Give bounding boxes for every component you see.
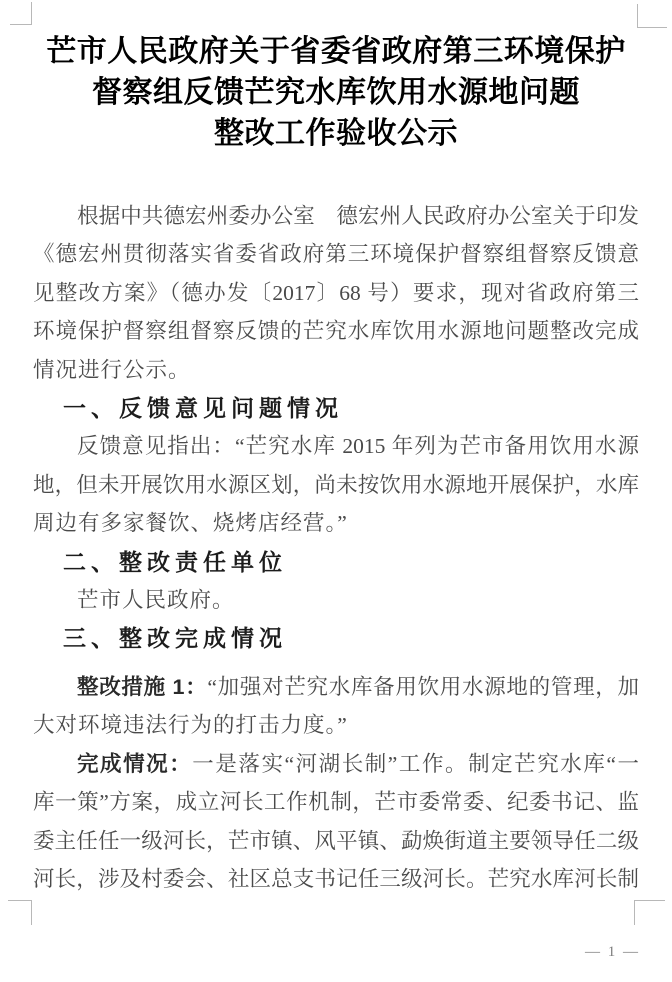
text-run: 反馈意见指出：“芒究水库 2015 年列为芒市备用饮用水源 — [77, 434, 639, 458]
text-line: 委主任任一级河长，芒市镇、风平镇、勐焕街道主要领导任二级 — [33, 822, 639, 860]
text-run: 地，但未开展饮用水源区划，尚未按饮用水源地开展保护，水库 — [33, 473, 639, 497]
title-line-2: 督察组反馈芒究水库饮用水源地问题 — [0, 72, 672, 113]
text-run: 根据中共德宏州委办公室 德宏州人民政府办公室关于印发 — [77, 204, 639, 228]
text-run: “加强对芒究水库备用饮用水源地的管理，加 — [207, 675, 639, 699]
document-page: 芒市人民政府关于省委省政府第三环境保护 督察组反馈芒究水库饮用水源地问题 整改工… — [0, 0, 672, 982]
text-run: 环境保护督察组督察反馈的芒究水库饮用水源地问题整改完成 — [33, 319, 639, 343]
text-run: 二、整改责任单位 — [63, 549, 287, 575]
text-run: 《德宏州贯彻落实省委省政府第三环境保护督察组督察反馈意 — [33, 242, 639, 266]
page-number: — 1 — — [585, 944, 640, 961]
title-line-3: 整改工作验收公示 — [0, 113, 672, 154]
text-line: 大对环境违法行为的打击力度。” — [33, 706, 639, 744]
text-run: 一、反馈意见问题情况 — [63, 395, 343, 421]
bold-lead-in: 完成情况： — [77, 752, 192, 776]
text-line: 完成情况：一是落实“河湖长制”工作。制定芒究水库“一 — [33, 745, 639, 783]
text-line: 库一策”方案，成立河长工作机制，芒市委常委、纪委书记、监 — [33, 783, 639, 821]
document-title: 芒市人民政府关于省委省政府第三环境保护 督察组反馈芒究水库饮用水源地问题 整改工… — [0, 31, 672, 154]
text-run: 三、整改完成情况 — [63, 625, 287, 651]
bold-lead-in: 整改措施 1： — [77, 675, 207, 699]
text-run: 大对环境违法行为的打击力度。” — [33, 713, 348, 737]
text-line: 环境保护督察组督察反馈的芒究水库饮用水源地问题整改完成 — [33, 312, 639, 350]
text-line: 周边有多家餐饮、烧烤店经营。” — [33, 504, 639, 542]
text-line: 《德宏州贯彻落实省委省政府第三环境保护督察组督察反馈意 — [33, 235, 639, 273]
text-run: 一是落实“河湖长制”工作。制定芒究水库“一 — [192, 752, 639, 776]
crop-mark-bottom-right — [634, 900, 665, 925]
text-run: 库一策”方案，成立河长工作机制，芒市委常委、纪委书记、监 — [33, 790, 639, 814]
text-run: 见整改方案》（德办发〔2017〕68 号）要求，现对省政府第三 — [33, 281, 639, 305]
section-heading: 一、反馈意见问题情况 — [33, 389, 639, 427]
section-heading: 二、整改责任单位 — [33, 543, 639, 581]
text-line: 情况进行公示。 — [33, 351, 639, 389]
text-line: 根据中共德宏州委办公室 德宏州人民政府办公室关于印发 — [33, 197, 639, 235]
title-line-1: 芒市人民政府关于省委省政府第三环境保护 — [0, 31, 672, 72]
section-heading: 三、整改完成情况 — [33, 619, 639, 657]
text-run: 河长，涉及村委会、社区总支书记任三级河长。芒究水库河长制 — [33, 867, 639, 891]
text-line: 河长，涉及村委会、社区总支书记任三级河长。芒究水库河长制 — [33, 860, 639, 898]
text-run: 委主任任一级河长，芒市镇、风平镇、勐焕街道主要领导任二级 — [33, 829, 639, 853]
text-line: 反馈意见指出：“芒究水库 2015 年列为芒市备用饮用水源 — [33, 427, 639, 465]
crop-mark-bottom-left — [8, 900, 32, 925]
crop-mark-top-left — [10, 2, 32, 25]
document-body: 根据中共德宏州委办公室 德宏州人民政府办公室关于印发《德宏州贯彻落实省委省政府第… — [33, 197, 639, 898]
text-line: 见整改方案》（德办发〔2017〕68 号）要求，现对省政府第三 — [33, 274, 639, 312]
text-run: 周边有多家餐饮、烧烤店经营。” — [33, 511, 348, 535]
text-line: 地，但未开展饮用水源区划，尚未按饮用水源地开展保护，水库 — [33, 466, 639, 504]
crop-mark-top-right — [637, 4, 667, 28]
text-line: 芒市人民政府。 — [33, 581, 639, 619]
text-run: 情况进行公示。 — [33, 358, 191, 382]
text-run: 芒市人民政府。 — [77, 588, 235, 612]
text-line: 整改措施 1：“加强对芒究水库备用饮用水源地的管理，加 — [33, 668, 639, 706]
